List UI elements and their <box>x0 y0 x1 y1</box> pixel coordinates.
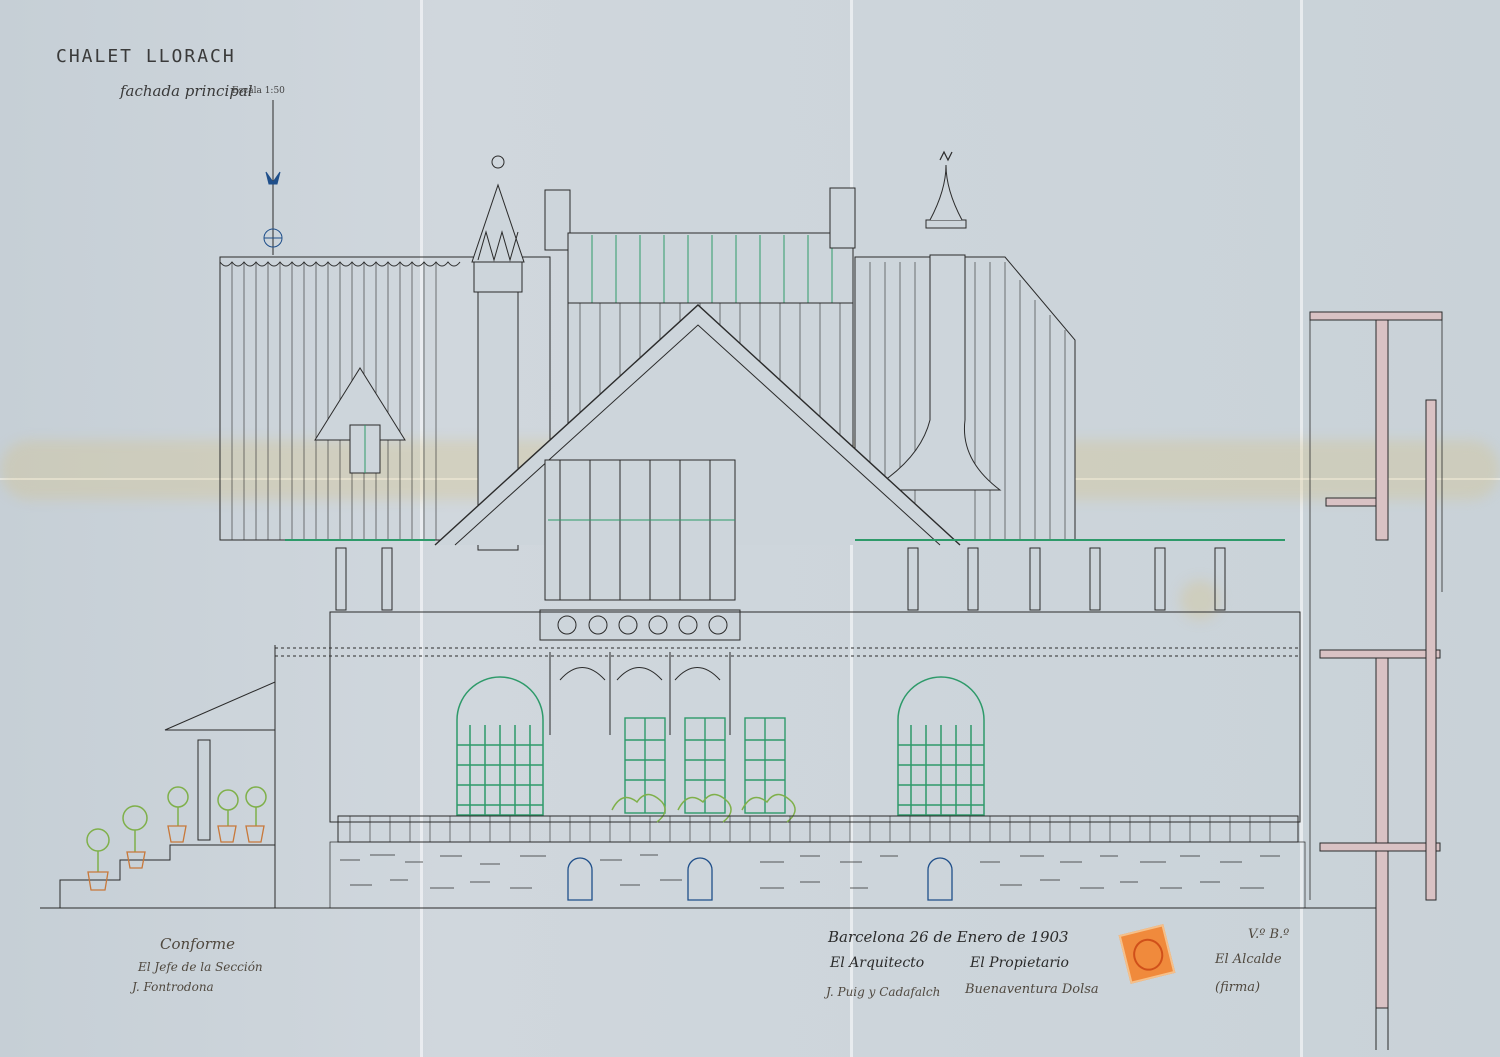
side-porch <box>60 645 275 908</box>
arched-door-right <box>898 677 984 815</box>
right-approval-line-2: El Alcalde <box>1215 952 1282 967</box>
owner-label: El Propietario <box>970 955 1069 971</box>
dormer-window <box>315 368 405 473</box>
flower-boxes <box>612 795 795 823</box>
plinth-railing <box>338 816 1298 842</box>
owner-signature: Buenaventura Dolsa <box>965 982 1099 997</box>
veranda-columns-right <box>855 540 1285 610</box>
potted-topiaries <box>87 787 266 890</box>
roof-lantern <box>568 233 853 303</box>
architect-signature: J. Puig y Cadafalch <box>826 985 940 999</box>
oriel-bay-window <box>540 460 740 735</box>
facade-elevation-drawing <box>0 0 1500 1057</box>
left-approval-line-3: J. Fontrodona <box>132 980 214 994</box>
right-approval-line-3: (firma) <box>1215 980 1260 995</box>
arched-door-left <box>457 677 543 815</box>
architect-label: El Arquitecto <box>830 955 924 971</box>
blueprint-sheet: CHALET LLORACH fachada principal Escala … <box>0 0 1500 1057</box>
left-approval-line-1: Conforme <box>160 935 235 953</box>
weather-vane-icon <box>264 100 282 255</box>
right-approval-line-1: V.º B.º <box>1248 927 1289 942</box>
place-date: Barcelona 26 de Enero de 1903 <box>828 928 1069 946</box>
building-section <box>1310 312 1442 1050</box>
veranda-columns-left <box>285 540 435 610</box>
basement-grilles <box>568 858 952 900</box>
left-approval-line-2: El Jefe de la Sección <box>138 960 263 974</box>
rubble-stone-base <box>330 842 1305 908</box>
